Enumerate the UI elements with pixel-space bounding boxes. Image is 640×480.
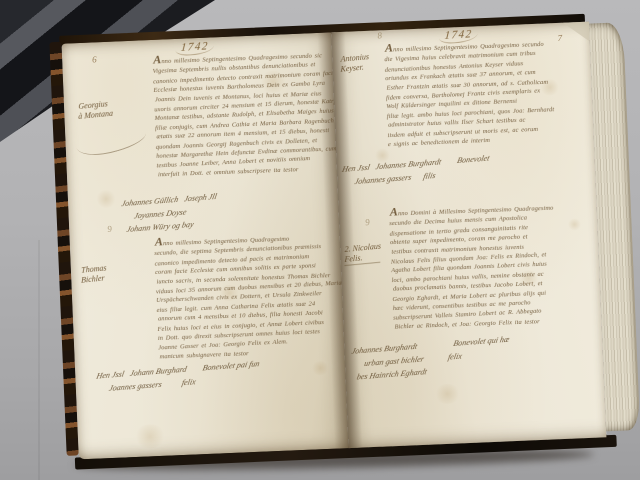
margin-note-groom-name: Thomas Bichler <box>81 263 106 285</box>
register-entry: 9 Thomas Bichler Anno millesimo Septinge… <box>61 32 348 459</box>
photo-of-parish-register: 6 1742 Georgius à Montana Anno millesimo… <box>0 0 640 480</box>
left-page: 6 1742 Georgius à Montana Anno millesimo… <box>61 32 348 459</box>
margin-mark: 9 <box>107 224 113 234</box>
right-page: 7 1742 8 Antonius Keyser. Anno millesimo… <box>331 22 606 448</box>
entry-body: Anno millesimo Septingentesimo Quadrages… <box>154 231 339 363</box>
backdrop-seam <box>38 240 40 480</box>
open-book: 6 1742 Georgius à Montana Anno millesimo… <box>47 12 640 472</box>
signature-block: Hen Jssl Johann Burghard Bonevolet pai f… <box>97 360 260 393</box>
margin-mark: 9 <box>365 217 371 227</box>
register-entry: 9 2. Nicolaus Felis. Anno Domini à Mille… <box>331 22 606 448</box>
signature-block: Johannes Burghardt Bonevolet qui hæurban… <box>352 335 510 381</box>
entry-body: Anno Domini à Millesimo Septingentesimo … <box>389 200 584 332</box>
margin-note-line: Bichler <box>81 273 106 285</box>
